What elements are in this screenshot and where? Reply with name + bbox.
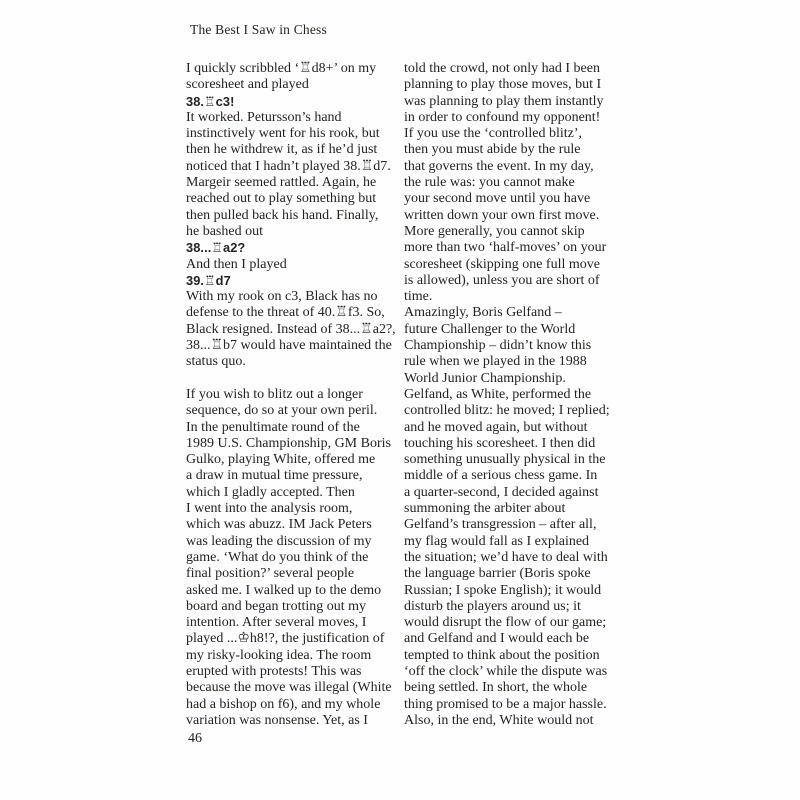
paragraph: I quickly scribbled ‘♖d8+’ on my scoresh… [186,61,404,94]
text-column-right: told the crowd, not only had I been plan… [404,61,636,729]
chess-move-line: 38...♖a2? [186,240,404,256]
paragraph: told the crowd, not only had I been plan… [404,61,636,729]
text-column-left: I quickly scribbled ‘♖d8+’ on my scoresh… [186,61,404,729]
chess-move-line: 39.♖d7 [186,273,404,289]
paragraph: It worked. Petursson’s hand instinctivel… [186,110,404,240]
chess-move-line: 38.♖c3! [186,94,404,110]
page-number: 46 [188,731,202,747]
running-header: The Best I Saw in Chess [190,22,327,38]
paragraph: And then I played [186,257,404,273]
paragraph-gap [186,371,404,387]
paragraph: If you wish to blitz out a longer sequen… [186,387,404,729]
paragraph: With my rook on c3, Black has no defense… [186,289,404,370]
book-page: The Best I Saw in Chess I quickly scribb… [0,0,800,800]
